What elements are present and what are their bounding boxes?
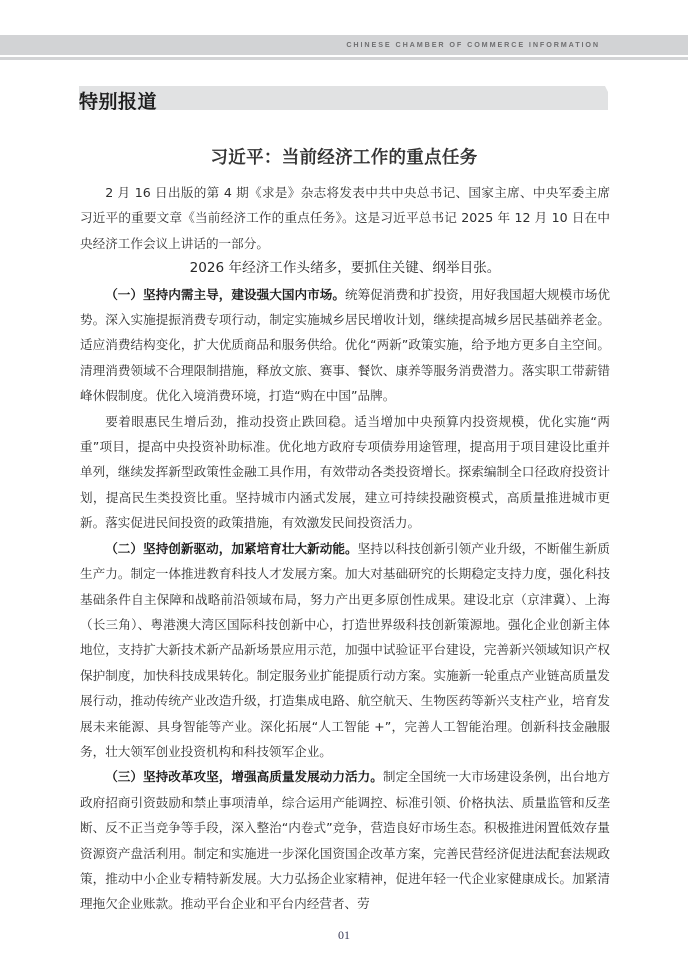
paragraph-investment: 要着眼惠民生增后劲，推动投资止跌回稳。适当增加中央预算内投资规模，优化实施“两重… — [80, 409, 610, 536]
paragraph-heading: （三）坚持改革攻坚，增强高质量发展动力活力。 — [105, 769, 383, 784]
page-number: 01 — [0, 928, 688, 943]
paragraph-innovation: （二）坚持创新驱动，加紧培育壮大新动能。坚持以科技创新引领产业升级，不断催生新质… — [80, 536, 610, 765]
header-rule — [0, 57, 688, 60]
article-title: 习近平：当前经济工作的重点任务 — [0, 144, 688, 169]
masthead-text: CHINESE CHAMBER OF COMMERCE INFORMATION — [346, 40, 600, 49]
paragraph-text: 坚持以科技创新引领产业升级，不断催生新质生产力。制定一体推进教育科技人才发展方案… — [80, 541, 610, 759]
lead-sentence: 2026 年经济工作头绪多，要抓住关键、纲举目张。 — [80, 256, 610, 281]
header-band: CHINESE CHAMBER OF COMMERCE INFORMATION — [0, 35, 688, 55]
section-banner: 特别报道 — [79, 86, 608, 110]
paragraph-heading: （一）坚持内需主导，建设强大国内市场。 — [105, 287, 345, 302]
section-label: 特别报道 — [79, 87, 157, 114]
paragraph-text: 制定全国统一大市场建设条例，出台地方政府招商引资鼓励和禁止事项清单，综合运用产能… — [80, 769, 610, 911]
paragraph-text: 统筹促消费和扩投资，用好我国超大规模市场优势。深入实施提振消费专项行动，制定实施… — [80, 287, 610, 404]
paragraph-heading: （二）坚持创新驱动，加紧培育壮大新动能。 — [105, 541, 357, 556]
paragraph-domestic-demand: （一）坚持内需主导，建设强大国内市场。统筹促消费和扩投资，用好我国超大规模市场优… — [80, 282, 610, 409]
intro-paragraph: 2 月 16 日出版的第 4 期《求是》杂志将发表中共中央总书记、国家主席、中央… — [80, 180, 610, 256]
article-body: 2 月 16 日出版的第 4 期《求是》杂志将发表中共中央总书记、国家主席、中央… — [80, 180, 610, 917]
paragraph-text: 要着眼惠民生增后劲，推动投资止跌回稳。适当增加中央预算内投资规模，优化实施“两重… — [80, 414, 610, 531]
paragraph-reform: （三）坚持改革攻坚，增强高质量发展动力活力。制定全国统一大市场建设条例，出台地方… — [80, 764, 610, 916]
